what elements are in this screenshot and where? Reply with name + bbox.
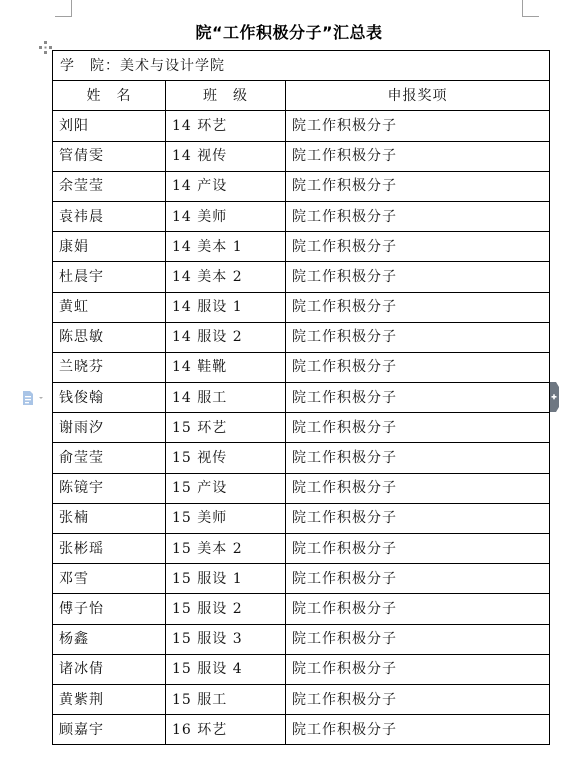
cell-class[interactable]: 14 美本 1 bbox=[166, 232, 286, 262]
cell-class[interactable]: 14 鞋靴 bbox=[166, 352, 286, 382]
cell-class[interactable]: 15 服设 4 bbox=[166, 654, 286, 684]
table-row: 谢雨汐15 环艺院工作积极分子 bbox=[53, 413, 550, 443]
cell-name[interactable]: 张彬瑶 bbox=[53, 534, 166, 564]
table-row: 黄虹14 服设 1院工作积极分子 bbox=[53, 292, 550, 322]
header-award[interactable]: 申报奖项 bbox=[286, 81, 550, 111]
cell-class[interactable]: 15 服工 bbox=[166, 684, 286, 714]
table-row: 陈思敏14 服设 2院工作积极分子 bbox=[53, 322, 550, 352]
cell-award[interactable]: 院工作积极分子 bbox=[286, 654, 550, 684]
table-row: 杜晨宇14 美本 2院工作积极分子 bbox=[53, 262, 550, 292]
cell-name[interactable]: 康娟 bbox=[53, 232, 166, 262]
cell-award[interactable]: 院工作积极分子 bbox=[286, 564, 550, 594]
header-class[interactable]: 班 级 bbox=[166, 81, 286, 111]
table-row: 诸冰倩15 服设 4院工作积极分子 bbox=[53, 654, 550, 684]
cell-name[interactable]: 黄紫荆 bbox=[53, 684, 166, 714]
table-row: 黄紫荆15 服工院工作积极分子 bbox=[53, 684, 550, 714]
cell-name[interactable]: 刘阳 bbox=[53, 111, 166, 141]
cell-class[interactable]: 14 服设 2 bbox=[166, 322, 286, 352]
cell-award[interactable]: 院工作积极分子 bbox=[286, 201, 550, 231]
cell-name[interactable]: 余莹莹 bbox=[53, 171, 166, 201]
cell-class[interactable]: 15 服设 1 bbox=[166, 564, 286, 594]
cell-class[interactable]: 16 环艺 bbox=[166, 715, 286, 745]
table-row: 俞莹莹15 视传院工作积极分子 bbox=[53, 443, 550, 473]
cell-name[interactable]: 陈思敏 bbox=[53, 322, 166, 352]
table-row: 钱俊翰14 服工院工作积极分子 bbox=[53, 383, 550, 413]
cell-class[interactable]: 15 美本 2 bbox=[166, 534, 286, 564]
table-row: 管倩雯14 视传院工作积极分子 bbox=[53, 141, 550, 171]
cell-class[interactable]: 15 产设 bbox=[166, 473, 286, 503]
table-row: 张彬瑶15 美本 2院工作积极分子 bbox=[53, 534, 550, 564]
cell-award[interactable]: 院工作积极分子 bbox=[286, 624, 550, 654]
cell-award[interactable]: 院工作积极分子 bbox=[286, 503, 550, 533]
cell-award[interactable]: 院工作积极分子 bbox=[286, 141, 550, 171]
cell-name[interactable]: 兰晓芬 bbox=[53, 352, 166, 382]
header-name[interactable]: 姓 名 bbox=[53, 81, 166, 111]
cell-class[interactable]: 14 产设 bbox=[166, 171, 286, 201]
cell-award[interactable]: 院工作积极分子 bbox=[286, 111, 550, 141]
cell-name[interactable]: 袁祎晨 bbox=[53, 201, 166, 231]
cell-name[interactable]: 黄虹 bbox=[53, 292, 166, 322]
cell-award[interactable]: 院工作积极分子 bbox=[286, 715, 550, 745]
cell-name[interactable]: 管倩雯 bbox=[53, 141, 166, 171]
cell-name[interactable]: 张楠 bbox=[53, 503, 166, 533]
cell-name[interactable]: 诸冰倩 bbox=[53, 654, 166, 684]
table-row: 邓雪15 服设 1院工作积极分子 bbox=[53, 564, 550, 594]
document-title: 院“工作积极分子”汇总表 bbox=[0, 20, 578, 43]
table-row: 张楠15 美师院工作积极分子 bbox=[53, 503, 550, 533]
table-row: 兰晓芬14 鞋靴院工作积极分子 bbox=[53, 352, 550, 382]
cell-class[interactable]: 14 环艺 bbox=[166, 111, 286, 141]
cell-class[interactable]: 14 服设 1 bbox=[166, 292, 286, 322]
cell-award[interactable]: 院工作积极分子 bbox=[286, 292, 550, 322]
cell-name[interactable]: 谢雨汐 bbox=[53, 413, 166, 443]
cell-award[interactable]: 院工作积极分子 bbox=[286, 322, 550, 352]
table-row: 康娟14 美本 1院工作积极分子 bbox=[53, 232, 550, 262]
cell-award[interactable]: 院工作积极分子 bbox=[286, 171, 550, 201]
cell-name[interactable]: 傅子怡 bbox=[53, 594, 166, 624]
cell-name[interactable]: 杨鑫 bbox=[53, 624, 166, 654]
cell-name[interactable]: 邓雪 bbox=[53, 564, 166, 594]
cell-class[interactable]: 15 服设 3 bbox=[166, 624, 286, 654]
cell-class[interactable]: 15 服设 2 bbox=[166, 594, 286, 624]
cell-award[interactable]: 院工作积极分子 bbox=[286, 413, 550, 443]
cell-award[interactable]: 院工作积极分子 bbox=[286, 262, 550, 292]
cell-name[interactable]: 俞莹莹 bbox=[53, 443, 166, 473]
cell-award[interactable]: 院工作积极分子 bbox=[286, 443, 550, 473]
college-row: 学 院：美术与设计学院 bbox=[53, 51, 550, 81]
add-column-icon[interactable] bbox=[550, 382, 559, 412]
cell-name[interactable]: 杜晨宇 bbox=[53, 262, 166, 292]
cell-award[interactable]: 院工作积极分子 bbox=[286, 352, 550, 382]
cell-award[interactable]: 院工作积极分子 bbox=[286, 534, 550, 564]
paragraph-layout-icon[interactable] bbox=[21, 390, 49, 406]
page-corner-mark-right bbox=[522, 0, 539, 17]
cell-name[interactable]: 顾嘉宇 bbox=[53, 715, 166, 745]
summary-table: 学 院：美术与设计学院 姓 名 班 级 申报奖项 刘阳14 环艺院工作积极分子管… bbox=[52, 50, 550, 745]
cell-class[interactable]: 15 美师 bbox=[166, 503, 286, 533]
table-row: 杨鑫15 服设 3院工作积极分子 bbox=[53, 624, 550, 654]
cell-award[interactable]: 院工作积极分子 bbox=[286, 383, 550, 413]
cell-award[interactable]: 院工作积极分子 bbox=[286, 684, 550, 714]
cell-class[interactable]: 15 视传 bbox=[166, 443, 286, 473]
cell-class[interactable]: 14 美本 2 bbox=[166, 262, 286, 292]
table-row: 余莹莹14 产设院工作积极分子 bbox=[53, 171, 550, 201]
cell-award[interactable]: 院工作积极分子 bbox=[286, 473, 550, 503]
cell-award[interactable]: 院工作积极分子 bbox=[286, 232, 550, 262]
college-cell[interactable]: 学 院：美术与设计学院 bbox=[53, 51, 550, 81]
cell-name[interactable]: 陈镜宇 bbox=[53, 473, 166, 503]
table-row: 袁祎晨14 美师院工作积极分子 bbox=[53, 201, 550, 231]
cell-class[interactable]: 15 环艺 bbox=[166, 413, 286, 443]
cell-class[interactable]: 14 视传 bbox=[166, 141, 286, 171]
page-corner-mark-left bbox=[55, 0, 72, 17]
cell-award[interactable]: 院工作积极分子 bbox=[286, 594, 550, 624]
cell-class[interactable]: 14 美师 bbox=[166, 201, 286, 231]
header-row: 姓 名 班 级 申报奖项 bbox=[53, 81, 550, 111]
table-row: 傅子怡15 服设 2院工作积极分子 bbox=[53, 594, 550, 624]
table-row: 刘阳14 环艺院工作积极分子 bbox=[53, 111, 550, 141]
table-row: 顾嘉宇16 环艺院工作积极分子 bbox=[53, 715, 550, 745]
table-move-handle-icon[interactable] bbox=[39, 39, 52, 52]
cell-class[interactable]: 14 服工 bbox=[166, 383, 286, 413]
cell-name[interactable]: 钱俊翰 bbox=[53, 383, 166, 413]
table-row: 陈镜宇15 产设院工作积极分子 bbox=[53, 473, 550, 503]
